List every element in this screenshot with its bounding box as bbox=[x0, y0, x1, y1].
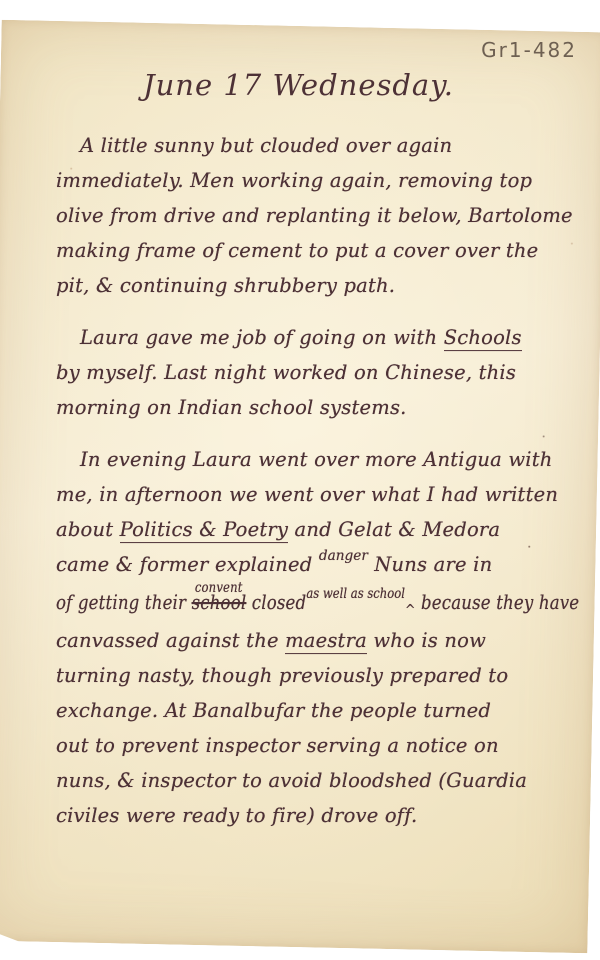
interline-insertion: convent bbox=[195, 571, 243, 606]
manuscript-line: canvassed against the maestra who is now bbox=[56, 623, 579, 658]
page-content: Gr1-482 June 17 Wednesday. A little sunn… bbox=[0, 26, 597, 947]
underlined-word: Schools bbox=[444, 326, 522, 351]
paragraph: Laura gave me job of going on with Schoo… bbox=[56, 320, 579, 425]
manuscript-line: me, in afternoon we went over what I had… bbox=[56, 477, 579, 512]
manuscript-line: turning nasty, though previously prepare… bbox=[56, 658, 579, 693]
manuscript-line: nuns, & inspector to avoid bloodshed (Gu… bbox=[56, 763, 579, 798]
manuscript-line: about Politics & Poetry and Gelat & Medo… bbox=[56, 512, 579, 547]
interline-insertion: as well as school bbox=[306, 577, 405, 612]
text-segment: and Gelat & Medora bbox=[288, 518, 500, 541]
text-segment: pit, & continuing shrubbery path. bbox=[56, 274, 395, 297]
text-segment: out to prevent inspector serving a notic… bbox=[56, 734, 499, 757]
underlined-word: Politics & Poetry bbox=[120, 518, 288, 543]
manuscript-line: by myself. Last night worked on Chinese,… bbox=[56, 355, 579, 390]
manuscript-line: pit, & continuing shrubbery path. bbox=[56, 268, 579, 303]
manuscript-line: olive from drive and replanting it below… bbox=[56, 198, 579, 233]
manuscript-line: out to prevent inspector serving a notic… bbox=[56, 728, 579, 763]
manuscript-page: Gr1-482 June 17 Wednesday. A little sunn… bbox=[0, 20, 600, 953]
paragraph: A little sunny but clouded over againimm… bbox=[56, 128, 579, 303]
entry-body: A little sunny but clouded over againimm… bbox=[56, 128, 579, 833]
text-segment: about bbox=[56, 518, 120, 541]
text-segment: because they have bbox=[416, 591, 580, 614]
text-segment: nuns, & inspector to avoid bloodshed (Gu… bbox=[56, 769, 527, 792]
text-segment: came & former explained bbox=[56, 553, 319, 576]
caret-mark: ^ bbox=[405, 593, 416, 628]
manuscript-line: Laura gave me job of going on with Schoo… bbox=[56, 320, 579, 355]
archival-number: Gr1-482 bbox=[481, 38, 577, 62]
text-segment: closed bbox=[246, 591, 306, 614]
text-segment: who is now bbox=[367, 629, 486, 652]
text-segment: exchange. At Banalbufar the people turne… bbox=[56, 699, 491, 722]
manuscript-line: civiles were ready to fire) drove off. bbox=[56, 798, 579, 833]
text-segment: Nuns are in bbox=[368, 553, 492, 576]
corrected-word: schoolconvent bbox=[192, 585, 247, 620]
manuscript-line: In evening Laura went over more Antigua … bbox=[56, 442, 579, 477]
manuscript-line: exchange. At Banalbufar the people turne… bbox=[56, 693, 579, 728]
text-segment: In evening Laura went over more Antigua … bbox=[80, 448, 553, 471]
text-segment: immediately. Men working again, removing… bbox=[56, 169, 532, 192]
interline-insertion: danger bbox=[319, 539, 368, 574]
text-segment: civiles were ready to fire) drove off. bbox=[56, 804, 417, 827]
scanned-document: Gr1-482 June 17 Wednesday. A little sunn… bbox=[0, 0, 600, 960]
paragraph: In evening Laura went over more Antigua … bbox=[56, 442, 579, 833]
entry-date-heading: June 17 Wednesday. bbox=[0, 68, 597, 102]
text-segment: canvassed against the bbox=[56, 629, 285, 652]
text-segment: A little sunny but clouded over again bbox=[80, 134, 452, 157]
text-segment: olive from drive and replanting it below… bbox=[56, 204, 573, 227]
manuscript-line: morning on Indian school systems. bbox=[56, 390, 579, 425]
text-segment: making frame of cement to put a cover ov… bbox=[56, 239, 538, 262]
underlined-word: maestra bbox=[285, 629, 367, 654]
manuscript-line: A little sunny but clouded over again bbox=[56, 128, 579, 163]
text-segment: Laura gave me job of going on with bbox=[80, 326, 444, 349]
text-segment: by myself. Last night worked on Chinese,… bbox=[56, 361, 516, 384]
manuscript-line: of getting their schoolconvent closedas … bbox=[56, 585, 501, 623]
manuscript-line: making frame of cement to put a cover ov… bbox=[56, 233, 579, 268]
text-segment: morning on Indian school systems. bbox=[56, 396, 407, 419]
text-segment: of getting their bbox=[56, 591, 192, 614]
text-segment: turning nasty, though previously prepare… bbox=[56, 664, 508, 687]
text-segment: me, in afternoon we went over what I had… bbox=[56, 483, 558, 506]
manuscript-line: immediately. Men working again, removing… bbox=[56, 163, 579, 198]
